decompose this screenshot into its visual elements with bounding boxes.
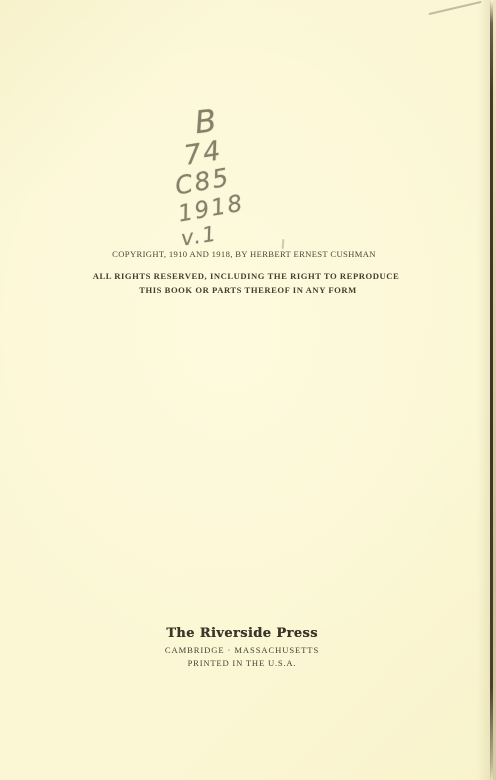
pencil-corner-mark <box>428 1 481 15</box>
scanned-book-page: B 74 C85 1918 v.1 COPYRIGHT, 1910 AND 19… <box>0 0 496 780</box>
press-location: CAMBRIDGE · MASSACHUSETTS <box>0 646 490 655</box>
rights-reserved-line-2: THIS BOOK OR PARTS THEREOF IN ANY FORM <box>0 286 496 295</box>
riverside-press-name: The Riverside Press <box>0 627 490 640</box>
copyright-statement: COPYRIGHT, 1910 AND 1918, BY HERBERT ERN… <box>0 250 492 259</box>
pencil-tick-mark <box>282 239 285 249</box>
printed-in-usa: PRINTED IN THE U.S.A. <box>0 659 490 668</box>
call-number-volume: v.1 <box>180 223 220 249</box>
rights-reserved-line-1: ALL RIGHTS RESERVED, INCLUDING THE RIGHT… <box>0 272 494 281</box>
call-number-class-letter: B <box>193 106 220 140</box>
